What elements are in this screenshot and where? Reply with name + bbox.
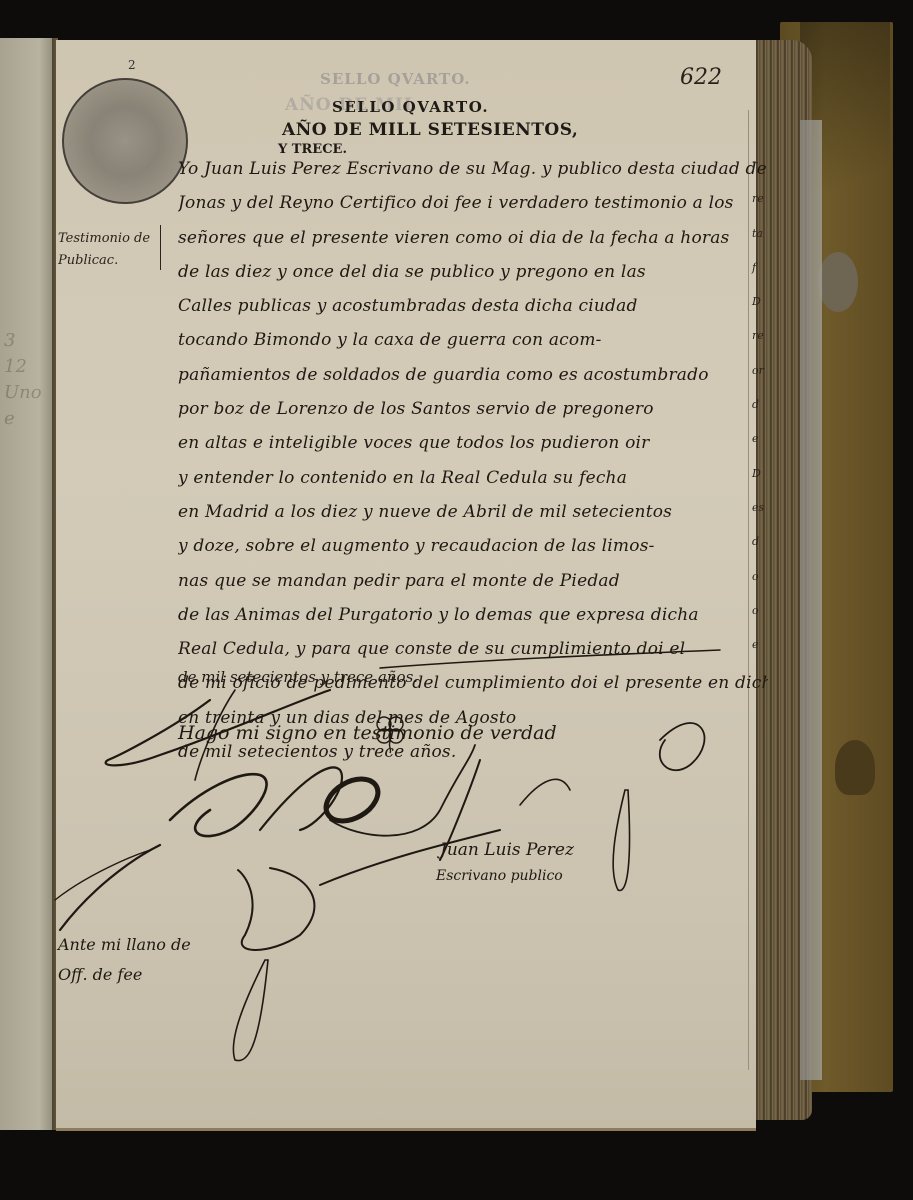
notary-title: Escrivano publico (436, 868, 563, 884)
lower-left-note: Ante mi llano de Off. de fee (58, 930, 191, 990)
signature-attestation: Hago mi signo en testimonio de verdad (178, 722, 557, 744)
manuscript-photo: 3 12 Uno e 622 2 SELLO QVARTO. AÑO DE MI… (0, 0, 913, 1200)
signature-flourishes-icon (0, 0, 913, 1200)
notary-name: Juan Luis Perez (440, 840, 574, 860)
closing-line-years: de mil setecientos y trece años. (178, 668, 418, 686)
lower-note-line-1: Ante mi llano de (58, 935, 191, 954)
lower-note-line-2: Off. de fee (58, 965, 142, 984)
